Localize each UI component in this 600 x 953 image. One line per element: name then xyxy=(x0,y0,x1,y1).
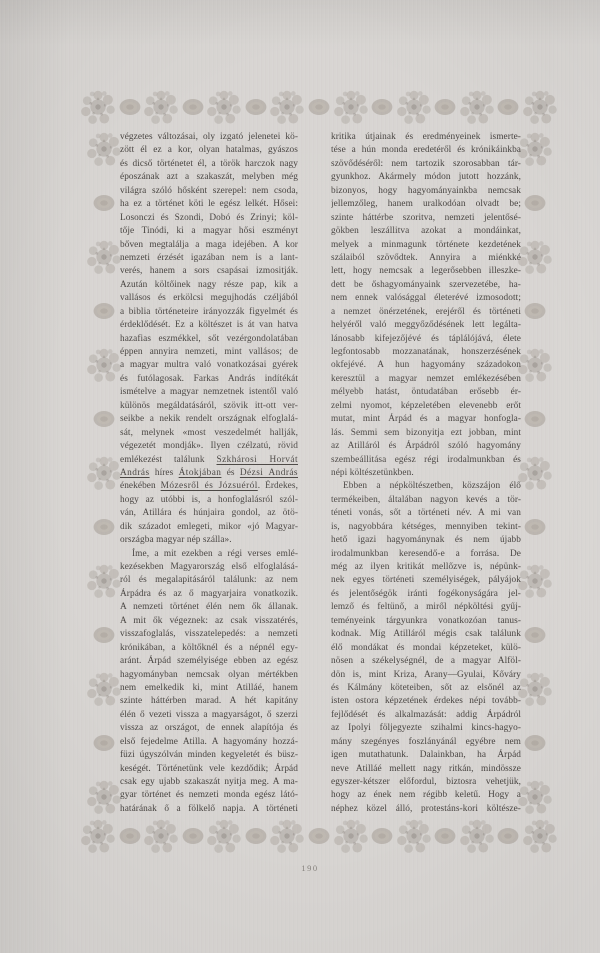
text-line: jellemzőleg, hanem uralkodóan olvadt be; xyxy=(331,198,521,211)
text-line: mány szegényes foszlányánál egyébre nem xyxy=(331,736,521,749)
text-line: gyar történet és nemzeti monda egész lát… xyxy=(120,789,298,802)
oval-icon xyxy=(432,97,458,117)
text-line: néphez közel álló, protestáns-kori költé… xyxy=(331,803,521,816)
text-line: hető igazi hagyománynak és nem újabb xyxy=(331,534,521,547)
text-line: a magyar multra való vonatkozásai gyérek xyxy=(120,359,298,372)
text-line: végezetét mondják». Ilyen czélzatú, rövi… xyxy=(120,440,298,453)
oval-icon xyxy=(522,409,548,429)
rosette-icon xyxy=(517,563,553,599)
rosette-icon xyxy=(143,818,179,854)
oval-icon xyxy=(495,826,521,846)
text-line: téneti vonás, sőt a történeti név. A mi … xyxy=(331,507,521,520)
oval-icon xyxy=(369,97,395,117)
text-line: kritika útjainak és eredményeinek ismert… xyxy=(331,131,521,144)
text-line: neve Atilláé mellett nagy ritkán, mindös… xyxy=(331,763,521,776)
oval-icon xyxy=(180,826,206,846)
oval-icon xyxy=(91,625,117,645)
text-line: dik századot emlegeti, mikor «jó Magyar- xyxy=(120,521,298,534)
text-line: hogy az utóbbi is, a honfoglalásról szól… xyxy=(120,494,298,507)
oval-icon xyxy=(243,97,269,117)
page-number-text: 190 xyxy=(301,863,318,873)
rosette-icon xyxy=(333,818,369,854)
oval-icon xyxy=(91,733,117,753)
text-line: kodnak. Míg Atilláról mégis csak találun… xyxy=(331,628,521,641)
rosette-icon xyxy=(80,89,116,125)
text-line: dön is, mint Kriza, Arany—Gyulai, Kőváry xyxy=(331,669,521,682)
rosette-icon xyxy=(86,239,122,275)
ornamental-border-bottom xyxy=(80,815,558,857)
text-line: sát, melynek «most veszedelmét hallják, xyxy=(120,427,298,440)
rosette-icon xyxy=(517,455,553,491)
oval-icon xyxy=(306,826,332,846)
text-line: lemző és feltünő, a miről népköltési gyű… xyxy=(331,601,521,614)
text-line: hagyományban nemcsak olyan mértékben xyxy=(120,669,298,682)
text-line: verés, hanem a sors csapásai izmositják. xyxy=(120,265,298,278)
text-line: Ebben a népköltészetben, közszájon élő xyxy=(331,480,521,493)
underlined-name: Szkhárosi Horvát xyxy=(216,455,298,465)
underlined-name: Dézsi András xyxy=(240,468,298,478)
text-line: szinte háttérben marad. A hét kapitány xyxy=(120,695,298,708)
text-line: a biblia történeteire irányozzák figyelm… xyxy=(120,306,298,319)
text-line: lánosabb kifejezőjévé és táplálójává, él… xyxy=(331,333,521,346)
text-line: nösen a székelységnél, de a magyar Alföl… xyxy=(331,655,521,668)
text-line: és dicső történetet él, a török harczok … xyxy=(120,158,298,171)
text-line: A mit ők végeznek: az csak visszatérés, xyxy=(120,615,298,628)
underlined-name: Mózesről és Józsuéról xyxy=(161,481,258,491)
rosette-icon xyxy=(522,818,558,854)
page-background: végzetes változásai, oly izgató jelenete… xyxy=(0,0,600,953)
text-line: Azután költőinek nagy része pap, kik a xyxy=(120,279,298,292)
rosette-icon xyxy=(459,818,495,854)
text-line: irodalmunkban keresendő-e a forrása. De xyxy=(331,548,521,561)
oval-icon xyxy=(369,826,395,846)
page-number: 190 xyxy=(20,863,600,873)
text-line: zelmi nyomot, képzeletében elevenebb erő… xyxy=(331,400,521,413)
text-line: első fejedelme Atilla. A hagyomány hozzá… xyxy=(120,736,298,749)
text-line: még az ilyen kritikát mellőzve is, népün… xyxy=(331,561,521,574)
text-line: a nemzet önérzetének, erejéről és történ… xyxy=(331,306,521,319)
text-line: zött él ez a kor, olyan hatalmas, gyászo… xyxy=(120,144,298,157)
oval-icon xyxy=(306,97,332,117)
rosette-icon xyxy=(80,818,116,854)
text-line: különös megáldatásáról, szövik itt-ott v… xyxy=(120,400,298,413)
text-line: ván, Atillára és húnjaira gondol, az ötö… xyxy=(120,507,298,520)
text-line: mutat, mint Árpád és a magyar honfogla- xyxy=(331,413,521,426)
ornamental-border-left xyxy=(83,131,125,815)
rosette-icon xyxy=(517,347,553,383)
text-line: bőven megtalálja a maga idejében. A kor xyxy=(120,239,298,252)
text-line: gyunkhoz. Akármely módon jutott hozzánk, xyxy=(331,171,521,184)
text-line: nem ennek valósággal életerévé izmosodot… xyxy=(331,292,521,305)
text-line: fejlődését és alkalmazását: addig Árpádr… xyxy=(331,709,521,722)
oval-icon xyxy=(432,826,458,846)
text-line: keségét. Történetünk vele kezdődik; Árpá… xyxy=(120,763,298,776)
text-line: hazafias eszmékkel, sőt vezérgondolatába… xyxy=(120,333,298,346)
text-line: vallásos és erkölcsi megujhodás czéljábó… xyxy=(120,292,298,305)
text-line: bizonyos, hogy hagyományainkba nemcsak xyxy=(331,185,521,198)
oval-icon xyxy=(522,517,548,537)
oval-icon xyxy=(522,625,548,645)
text-line: országba magyar nép szálla». xyxy=(120,534,298,547)
text-line: emlékezést találunk Szkhárosi Horvát xyxy=(120,454,298,467)
text-line: vissza az országot, de ennek alapítója é… xyxy=(120,722,298,735)
text-line: kezésekben Magyarország első elfoglalásá… xyxy=(120,561,298,574)
oval-icon xyxy=(91,301,117,321)
oval-icon xyxy=(91,517,117,537)
text-line: helyéről való meggyőződésének lett legál… xyxy=(331,319,521,332)
text-line: okfejévé. A hun hagyomány századokon xyxy=(331,359,521,372)
text-line: keresztül a magyar nemzet emlékezésében xyxy=(331,373,521,386)
text-line: élén ő vezeti vissza a magyarságot, ő sz… xyxy=(120,709,298,722)
oval-icon xyxy=(522,733,548,753)
text-line: igen mutathatunk. Dalainkban, ha Árpád xyxy=(331,749,521,762)
text-line: is, nagyobbára kétséges, mennyiben tekin… xyxy=(331,521,521,534)
text-line: végzetes változásai, oly izgató jelenete… xyxy=(120,131,298,144)
oval-icon xyxy=(91,193,117,213)
text-line: szinte háttérbe szoritva, nemzeti jelent… xyxy=(331,212,521,225)
text-line: teményeink tárgyunkra vonatkozóan tanus- xyxy=(331,615,521,628)
text-line: lás. Semmi sem bizonyitja ezt jobban, mi… xyxy=(331,427,521,440)
text-line: Íme, a mit ezekben a régi verses emlé- xyxy=(120,548,298,561)
rosette-icon xyxy=(86,779,122,815)
text-line: isten ostora képzetének érdekes népi tov… xyxy=(331,695,521,708)
text-line: ha ez a történet köti le egész lelkét. H… xyxy=(120,198,298,211)
text-line: világra szóló hősként szerepel: nem csod… xyxy=(120,185,298,198)
text-line: legfontosabb mozzanatának, honszerzéséne… xyxy=(331,346,521,359)
text-line: szálaiból szövődtek. Annyira a miénkké xyxy=(331,252,521,265)
rosette-icon xyxy=(206,818,242,854)
rosette-icon xyxy=(269,89,305,125)
text-line: éppen annyira nemzeti, mint vallásos; de xyxy=(120,346,298,359)
text-line: egyszer-kétszer előfordul, biztosra vehe… xyxy=(331,776,521,789)
oval-icon xyxy=(495,97,521,117)
rosette-icon xyxy=(522,89,558,125)
book-page: { "page": { "number": "190", "colors": {… xyxy=(0,0,600,953)
rosette-icon xyxy=(86,455,122,491)
rosette-icon xyxy=(269,818,305,854)
text-line: szövődéséről: nem tartozik szorosabban t… xyxy=(331,158,521,171)
oval-icon xyxy=(522,193,548,213)
text-line: szembeállitása egész régi irodalmunkban … xyxy=(331,454,521,467)
rosette-icon xyxy=(143,89,179,125)
oval-icon xyxy=(180,97,206,117)
text-line: az Atilláról és Árpádról szóló hagyomány xyxy=(331,440,521,453)
text-line: termékeiben, általában nagyon kevés a tö… xyxy=(331,494,521,507)
rosette-icon xyxy=(517,239,553,275)
underlined-name: András xyxy=(120,468,150,478)
text-line: élő mondákat és mondai képzeteket, külö- xyxy=(331,642,521,655)
text-line: és jelentőségök iránti fogékonyságára je… xyxy=(331,588,521,601)
text-line: határának ő a fölkelő napja. A történeti xyxy=(120,803,298,816)
text-line: érdeklődését. Ez a költészet is át van h… xyxy=(120,319,298,332)
text-line: énekében Mózesről és Józsuéról. Érdekes, xyxy=(120,480,298,493)
rosette-icon xyxy=(517,779,553,815)
text-line: mélyebb hatást, öntudatában erősebb ér- xyxy=(331,386,521,399)
underlined-name: Átokjában xyxy=(179,468,222,478)
text-line: A nemzeti történet élén nem ők állanak. xyxy=(120,601,298,614)
oval-icon xyxy=(243,826,269,846)
text-line: nem emelkedik ki, mint Atilláé, hanem xyxy=(120,682,298,695)
text-line: ról és megalapitásáról találunk: az nem xyxy=(120,574,298,587)
text-line: és Kálmány köteteiben, sőt az elsőnél az xyxy=(331,682,521,695)
text-line: tése a hún monda eredetéről és krónikáin… xyxy=(331,144,521,157)
text-line: melyek a minmagunk története kezdetének xyxy=(331,239,521,252)
text-line: lett, hogy nemcsak a legerősebben illesz… xyxy=(331,265,521,278)
text-line: aránt. Árpád személyisége ebben az egész xyxy=(120,655,298,668)
rosette-icon xyxy=(86,131,122,167)
rosette-icon xyxy=(517,131,553,167)
oval-icon xyxy=(522,301,548,321)
text-line: ismételve a magyar nemzetnek istentől va… xyxy=(120,386,298,399)
text-line: tője Tinódi, ki a magyar hősi eszményt xyxy=(120,225,298,238)
text-line: Losonczi és Szondi, Dobó és Zrinyi; köl- xyxy=(120,212,298,225)
rosette-icon xyxy=(396,89,432,125)
text-line: krónikában, a költőknél és a népnél egy- xyxy=(120,642,298,655)
text-line: seikbe a nekik rendelt országnak elfogla… xyxy=(120,413,298,426)
text-column-right: kritika útjainak és eredményeinek ismert… xyxy=(331,131,521,816)
text-line: dett be őshagyományaink szervezetébe, ha… xyxy=(331,279,521,292)
text-line: gökben leszállitva azokat a mondáinkat, xyxy=(331,225,521,238)
ornamental-border-top xyxy=(80,86,558,128)
rosette-icon xyxy=(517,671,553,707)
text-line: nek egyes történeti személyiségek, pályá… xyxy=(331,574,521,587)
text-line: csak egy ujabb szakaszát nyitja meg. A m… xyxy=(120,776,298,789)
rosette-icon xyxy=(86,563,122,599)
rosette-icon xyxy=(333,89,369,125)
rosette-icon xyxy=(86,347,122,383)
text-line: nemzeti érzését igazában nem is a lant- xyxy=(120,252,298,265)
rosette-icon xyxy=(206,89,242,125)
text-line: és futólagosak. Farkas András indítékát xyxy=(120,373,298,386)
text-line: hogy az ének nem régibb keletű. Hogy a xyxy=(331,789,521,802)
text-line: népi költészetünkben. xyxy=(331,467,521,480)
text-line: Árpádra és az ő magyarjaira vonatkozik. xyxy=(120,588,298,601)
text-line: az Ipolyi följegyezte szihalmi kincs-hag… xyxy=(331,722,521,735)
text-line: András híres Átokjában és Dézsi András xyxy=(120,467,298,480)
rosette-icon xyxy=(396,818,432,854)
rosette-icon xyxy=(459,89,495,125)
oval-icon xyxy=(117,97,143,117)
rosette-icon xyxy=(86,671,122,707)
text-line: füzi úgyszólván minden kegyeletét és büs… xyxy=(120,749,298,762)
text-column-left: végzetes változásai, oly izgató jelenete… xyxy=(120,131,298,816)
oval-icon xyxy=(117,826,143,846)
text-line: visszafoglalás, visszatelepedés: a nemze… xyxy=(120,628,298,641)
oval-icon xyxy=(91,409,117,429)
text-line: époszának azt a szakaszát, melyben még xyxy=(120,171,298,184)
